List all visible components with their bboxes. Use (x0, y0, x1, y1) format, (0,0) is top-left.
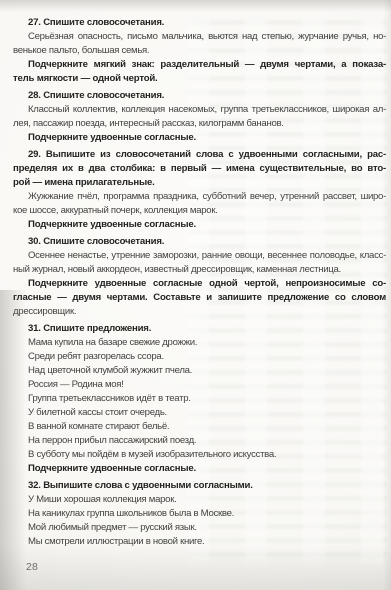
exercise-28: 28. Спишите словосочетания. Классный кол… (13, 89, 386, 145)
page-text-column: 27. Спишите словосочетания. Серьёзная оп… (13, 16, 386, 549)
exercise-30-title: 30. Спишите словосочетания. (13, 235, 386, 249)
exercise-30-instruction-line: Подчеркните удвоенные согласные одной че… (13, 277, 386, 291)
exercise-27-instruction-line: Подчеркните мягкий знак: разделительный … (13, 58, 386, 72)
page-number: 28 (26, 561, 38, 573)
exercise-28-instruction-line: Подчеркните удвоенные согласные. (13, 131, 386, 145)
exercise-31-sentence: В субботу мы пойдём в музей изобразитель… (13, 448, 386, 462)
exercise-31-sentence: Среди ребят разгорелась ссора. (13, 350, 386, 364)
exercise-29-instruction-line: Подчеркните удвоенные согласные. (13, 218, 386, 232)
exercise-31-sentence: Над цветочной клумбой жужжит пчела. (13, 364, 386, 378)
exercise-32-sentence: Мы смотрели иллюстрации в новой книге. (13, 535, 386, 549)
exercise-30: 30. Спишите словосочетания. Осеннее нена… (13, 235, 386, 319)
exercise-28-text-line: лея, пассажир поезда, интересный рассказ… (13, 117, 386, 131)
exercise-27-instruction-line: тель мягкости — одной чертой. (13, 72, 386, 86)
exercise-31-title: 31. Спишите предложения. (13, 322, 386, 336)
exercise-27-text-line: венькое пальто, большая семья. (13, 44, 386, 58)
exercise-29-text-line: Жужжание пчёл, программа праздника, субб… (13, 190, 386, 204)
exercise-32-sentence: На каникулах группа школьников была в Мо… (13, 507, 386, 521)
exercise-31-sentence: Мама купила на базаре свежие дрожжи. (13, 336, 386, 350)
exercise-32: 32. Выпишите слова с удвоенными согласны… (13, 479, 386, 549)
exercise-31-sentence: В ванной комнате стирают бельё. (13, 420, 386, 434)
exercise-32-title: 32. Выпишите слова с удвоенными согласны… (13, 479, 386, 493)
exercise-29-title-line: пределяя их в два столбика: в первый — и… (13, 162, 386, 176)
exercise-27-text-line: Серьёзная опасность, письмо мальчика, вь… (13, 30, 386, 44)
exercise-32-sentence: Мой любимый предмет — русский язык. (13, 521, 386, 535)
exercise-27: 27. Спишите словосочетания. Серьёзная оп… (13, 16, 386, 86)
exercise-29-title-line: рой — имена прилагательные. (13, 176, 386, 190)
exercise-31-sentence: Группа третьеклассников идёт в театр. (13, 392, 386, 406)
page-top-edge-shadow (0, 0, 391, 12)
exercise-30-target-word: дрессировщик. (13, 305, 386, 319)
exercise-30-text-line: ный журнал, новый аккордеон, известный д… (13, 263, 386, 277)
page-bottom-shadow (0, 544, 391, 590)
exercise-31-sentence: У билетной кассы стоит очередь. (13, 406, 386, 420)
exercise-31: 31. Спишите предложения. Мама купила на … (13, 322, 386, 476)
exercise-29-text-line: кое шоссе, аккуратный почерк, коллекция … (13, 204, 386, 218)
exercise-31-sentence: На перрон прибыл пассажирский поезд. (13, 434, 386, 448)
exercise-30-text-line: Осеннее ненастье, утренние заморозки, ра… (13, 249, 386, 263)
exercise-28-text-line: Классный коллектив, коллекция насекомых,… (13, 103, 386, 117)
exercise-31-sentence: Россия — Родина моя! (13, 378, 386, 392)
exercise-27-title: 27. Спишите словосочетания. (13, 16, 386, 30)
exercise-30-instruction-line: гласные — двумя чертами. Составьте и зап… (13, 291, 386, 305)
exercise-29: 29. Выпишите из словосочетаний слова с у… (13, 148, 386, 232)
exercise-28-title: 28. Спишите словосочетания. (13, 89, 386, 103)
book-page-photo: 27. Спишите словосочетания. Серьёзная оп… (0, 0, 391, 590)
exercise-31-instruction-line: Подчеркните удвоенные согласные. (13, 462, 386, 476)
exercise-32-sentence: У Миши хорошая коллекция марок. (13, 493, 386, 507)
exercise-29-title: 29. Выпишите из словосочетаний слова с у… (13, 148, 386, 162)
